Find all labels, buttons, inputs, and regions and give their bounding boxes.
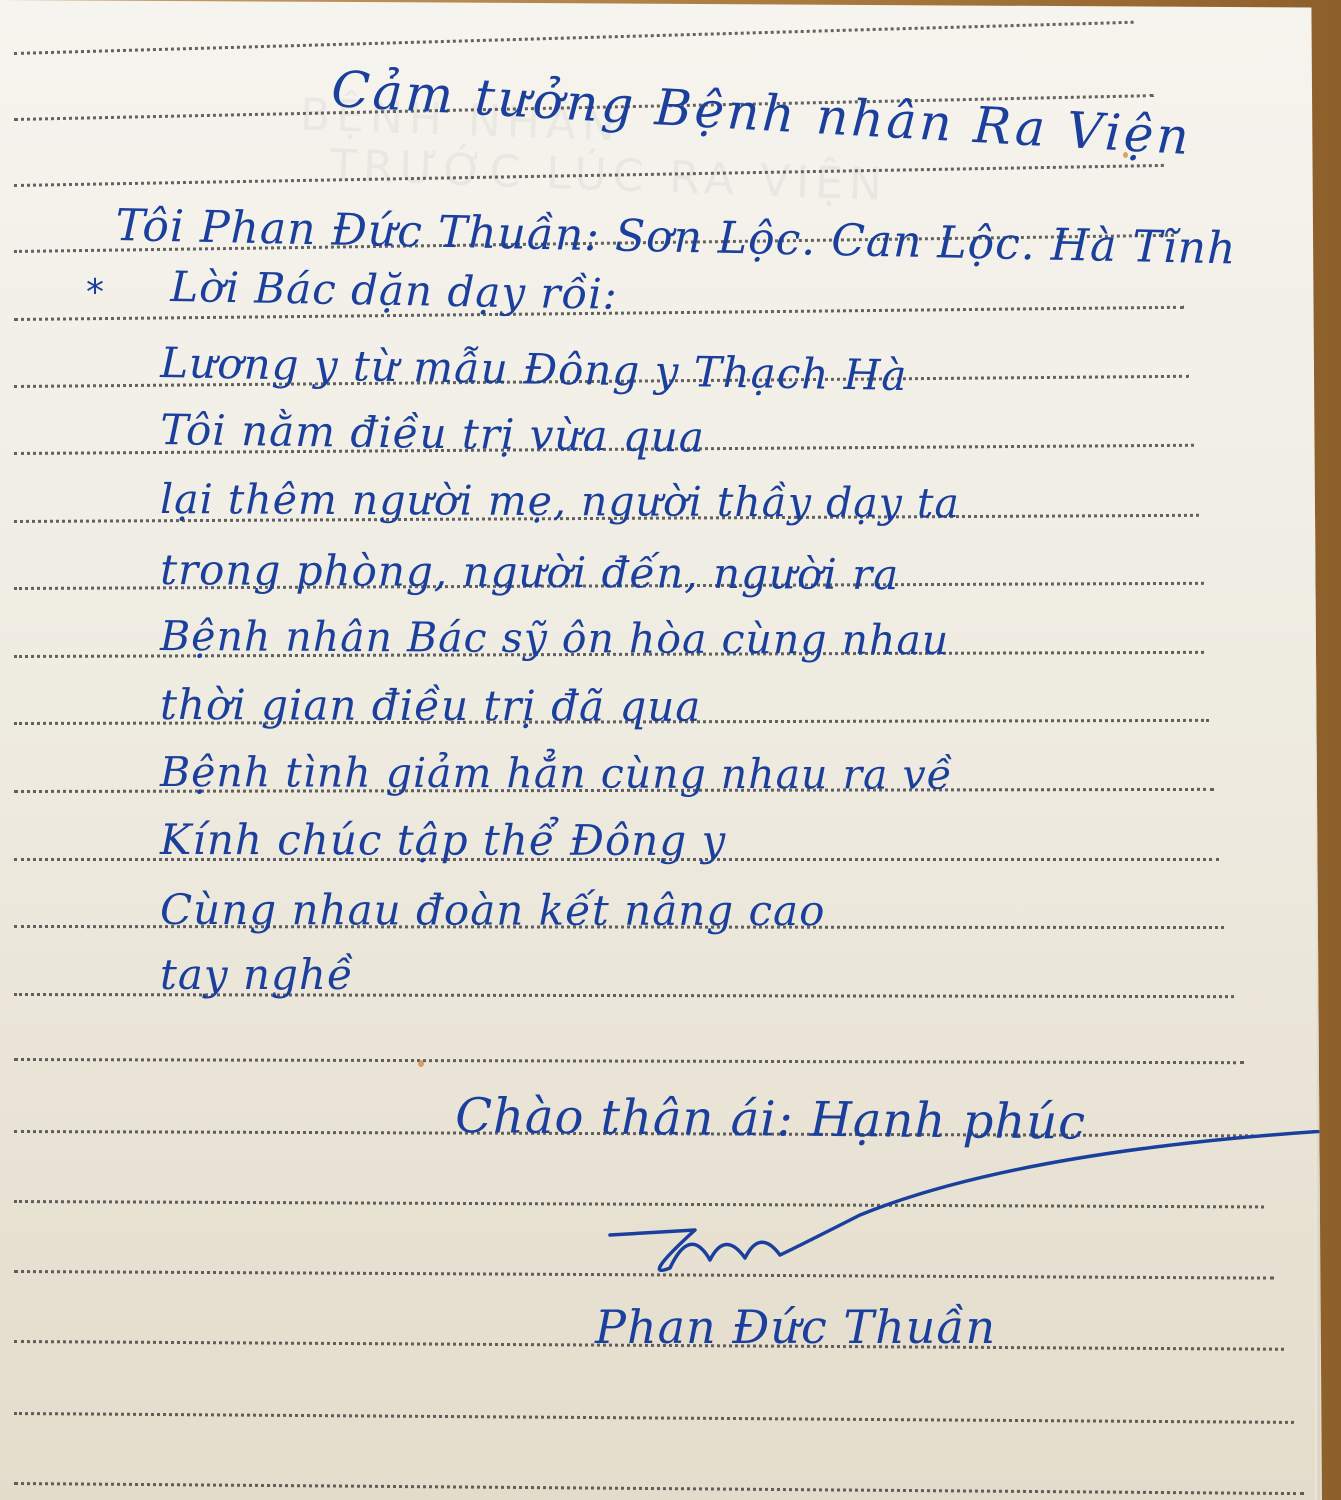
ruled-line xyxy=(14,1412,1294,1424)
body-line: tay nghề xyxy=(160,950,354,999)
ruled-line xyxy=(14,21,1134,55)
body-line: Cùng nhau đoàn kết nâng cao xyxy=(160,885,825,935)
ruled-line xyxy=(14,1482,1304,1495)
ruled-line xyxy=(14,1058,1244,1064)
ink-stain xyxy=(418,1060,424,1067)
signature-name: Phan Đức Thuần xyxy=(595,1300,996,1354)
body-line: Bệnh nhân Bác sỹ ôn hòa cùng nhau xyxy=(160,612,949,664)
body-line: trong phòng, người đến, người ra xyxy=(160,545,899,599)
body-line: lại thêm người mẹ, người thầy dạy ta xyxy=(160,475,960,527)
body-line: Bệnh tình giảm hẳn cùng nhau ra về xyxy=(160,748,953,799)
bullet-heading: Lời Bác dặn dạy rồi: xyxy=(170,262,618,319)
body-line: Tôi nằm điều trị vừa qua xyxy=(160,405,705,462)
body-line: thời gian điều trị đã qua xyxy=(160,680,701,731)
body-line: Lương y từ mẫu Đông y Thạch Hà xyxy=(160,338,908,400)
body-line: Kính chúc tập thể Đông y xyxy=(160,815,726,865)
asterisk-bullet-icon: * xyxy=(86,272,104,313)
notebook-page: BỆNH NHÂN TRƯỚC LÚC RA VIỆN Cảm tưởng Bệ… xyxy=(0,0,1322,1500)
